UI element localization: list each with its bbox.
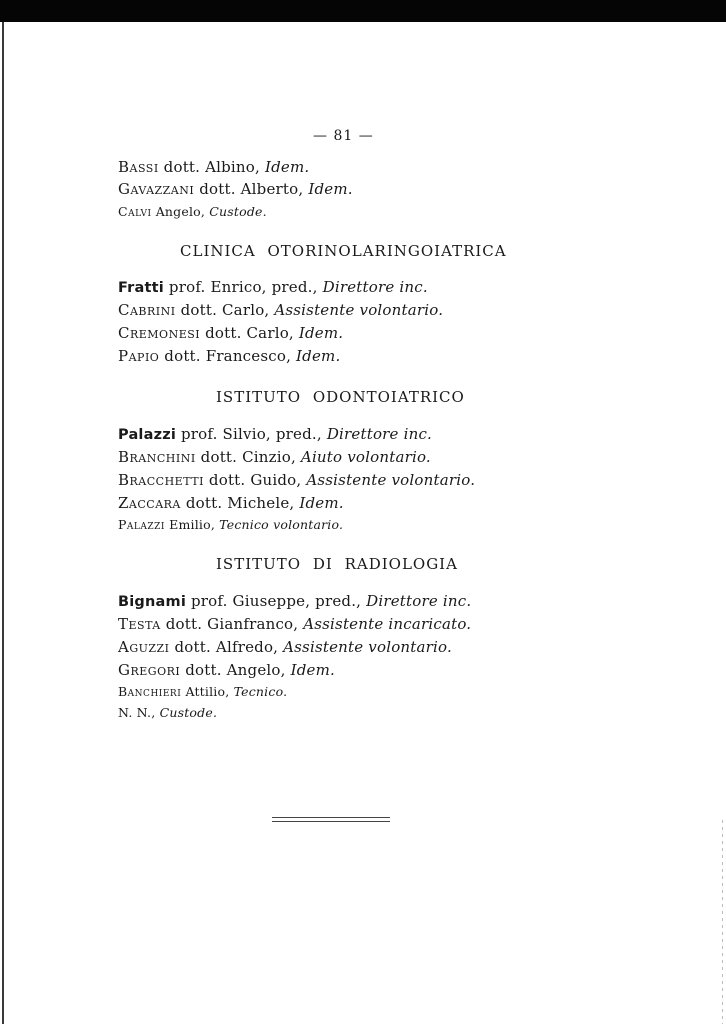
staff-entry: Calvi Angelo, Custode. [118, 204, 267, 219]
name-detail: prof. Giuseppe, pred., [186, 592, 366, 610]
role: Tecnico. [234, 684, 288, 699]
staff-entry: Bassi dott. Albino, Idem. [118, 158, 309, 176]
role: Direttore inc. [366, 592, 471, 610]
role: Idem. [291, 661, 335, 679]
end-rule-divider [272, 817, 390, 822]
staff-entry: Banchieri Attilio, Tecnico. [118, 684, 287, 699]
name-detail: dott. Cinzio, [196, 448, 301, 466]
role: Aiuto volontario. [301, 448, 431, 466]
role: Custode. [160, 705, 218, 720]
section-heading: CLINICA OTORINOLARINGOIATRICA [180, 242, 507, 260]
staff-entry: Testa dott. Gianfranco, Assistente incar… [118, 615, 471, 633]
surname: Banchieri [118, 684, 181, 699]
surname: Cremonesi [118, 324, 200, 342]
surname: Cabrini [118, 301, 176, 319]
name-detail: dott. Alfredo, [170, 638, 284, 656]
role: Idem. [299, 494, 343, 512]
name-detail: prof. Enrico, pred., [164, 278, 323, 296]
page-number: — 81 — [313, 128, 374, 144]
role: Assistente volontario. [306, 471, 475, 489]
surname: Fratti [118, 280, 164, 296]
staff-entry: Palazzi prof. Silvio, pred., Direttore i… [118, 425, 432, 443]
role: Idem. [299, 324, 343, 342]
scan-left-edge [2, 22, 4, 1024]
role: Assistente volontario. [274, 301, 443, 319]
staff-entry: Cremonesi dott. Carlo, Idem. [118, 324, 343, 342]
staff-entry: Fratti prof. Enrico, pred., Direttore in… [118, 278, 428, 296]
name-detail: dott. Albino, [159, 158, 265, 176]
role: Idem. [296, 347, 340, 365]
surname: Bracchetti [118, 471, 204, 489]
surname: Palazzi [118, 427, 176, 443]
name-detail: , [151, 705, 159, 720]
staff-entry: Bracchetti dott. Guido, Assistente volon… [118, 471, 475, 489]
name-detail: dott. Francesco, [159, 347, 296, 365]
staff-entry: Cabrini dott. Carlo, Assistente volontar… [118, 301, 443, 319]
staff-entry: Papio dott. Francesco, Idem. [118, 347, 340, 365]
staff-entry: Bignami prof. Giuseppe, pred., Direttore… [118, 592, 471, 610]
role: Tecnico volontario. [219, 517, 343, 532]
role: Assistente volontario. [283, 638, 452, 656]
name-detail: dott. Carlo, [200, 324, 299, 342]
staff-entry: Branchini dott. Cinzio, Aiuto volontario… [118, 448, 431, 466]
role: Idem. [308, 180, 352, 198]
name-detail: dott. Angelo, [180, 661, 290, 679]
surname: Branchini [118, 448, 196, 466]
role: Assistente incaricato. [303, 615, 471, 633]
role: Direttore inc. [327, 425, 432, 443]
name-detail: prof. Silvio, pred., [176, 425, 327, 443]
staff-entry: Zaccara dott. Michele, Idem. [118, 494, 344, 512]
staff-entry: N. N., Custode. [118, 705, 217, 720]
role: Idem. [265, 158, 309, 176]
staff-entry: Palazzi Emilio, Tecnico volontario. [118, 517, 343, 532]
scan-top-border [0, 0, 726, 22]
surname: Zaccara [118, 494, 181, 512]
staff-entry: Aguzzi dott. Alfredo, Assistente volonta… [118, 638, 452, 656]
role: Direttore inc. [323, 278, 428, 296]
name-detail: dott. Carlo, [176, 301, 275, 319]
surname: Gregori [118, 661, 180, 679]
section-heading: ISTITUTO DI RADIOLOGIA [216, 555, 458, 573]
surname: Palazzi [118, 517, 165, 532]
name-detail: Attilio, [181, 684, 233, 699]
name-detail: Angelo, [152, 204, 210, 219]
surname: Bignami [118, 594, 186, 610]
name-detail: Emilio, [165, 517, 219, 532]
surname: Testa [118, 615, 161, 633]
surname: Gavazzani [118, 180, 194, 198]
surname: Aguzzi [118, 638, 170, 656]
name-detail: dott. Gianfranco, [161, 615, 303, 633]
role: Custode. [209, 204, 267, 219]
staff-entry: Gavazzani dott. Alberto, Idem. [118, 180, 353, 198]
surname: N. N. [118, 705, 151, 720]
name-detail: dott. Alberto, [194, 180, 308, 198]
section-heading: ISTITUTO ODONTOIATRICO [216, 388, 465, 406]
name-detail: dott. Michele, [181, 494, 300, 512]
surname: Papio [118, 347, 159, 365]
staff-entry: Gregori dott. Angelo, Idem. [118, 661, 335, 679]
surname: Calvi [118, 204, 152, 219]
name-detail: dott. Guido, [204, 471, 306, 489]
scan-right-edge [722, 820, 723, 1024]
surname: Bassi [118, 158, 159, 176]
